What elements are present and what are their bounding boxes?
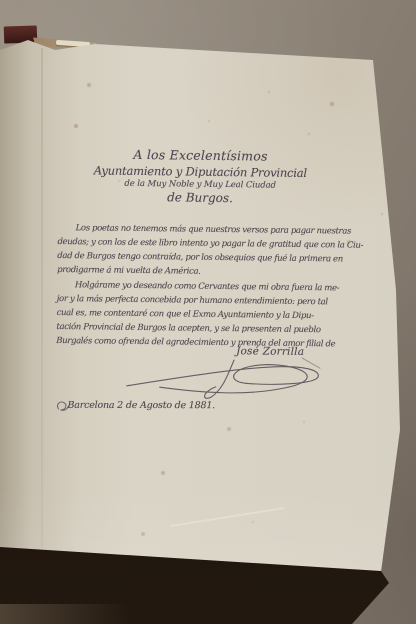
paragraph-line: Burgalés como ofrenda del agradecimiento… [56,336,366,354]
dedication-paragraph-2: Holgárame yo deseando como Cervantes que… [56,280,367,354]
handwritten-ink-layer: A los Excelentísimos Ayuntamiento y Dipu… [0,0,416,624]
heading-line: A los Excelentísimos [88,148,312,163]
book-photograph: A los Excelentísimos Ayuntamiento y Dipu… [0,0,416,624]
heading-line: Ayuntamiento y Diputación Provincial [88,165,312,179]
heading-line: de Burgos. [88,190,312,205]
shadow-fade [0,604,130,624]
dateline: Barcelona 2 de Agosto de 1881. [67,400,215,411]
dedication-heading: A los Excelentísimos Ayuntamiento y Dipu… [88,148,313,204]
signature-flourish [124,354,335,403]
dedication-paragraph-1: Los poetas no tenemos más que nuestros v… [57,223,368,283]
heading-line: de la Muy Noble y Muy Leal Ciudad [88,179,312,190]
